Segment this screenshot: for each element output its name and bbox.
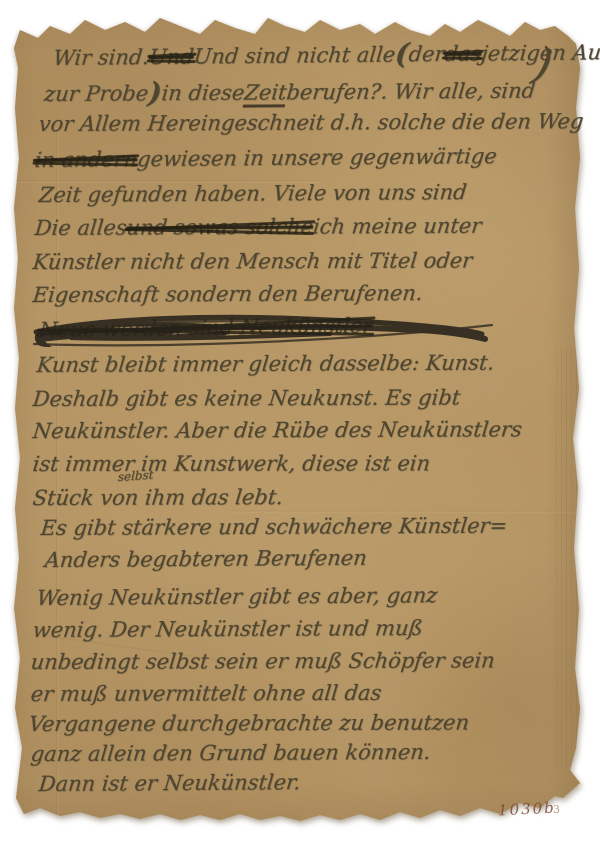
struck-segment: das bbox=[443, 42, 482, 66]
handwritten-line: Vergangene durchgebrachte zu benutzen bbox=[28, 710, 471, 736]
handwritten-line: Stück von ihm das lebt. bbox=[32, 485, 285, 510]
handwritten-text-block: Wir sind. Und Und sind nicht alle (der d… bbox=[0, 0, 600, 843]
handwritten-line: vor Allem Hereingeschneit d.h. solche di… bbox=[38, 109, 585, 136]
text-segment: wenig. Der Neukünstler ist und muß bbox=[32, 616, 424, 642]
text-segment: Dann ist er Neukünstler. bbox=[38, 770, 302, 796]
text-segment: unbedingt selbst sein er muß Schöpfer se… bbox=[30, 648, 496, 674]
handwritten-line: Eigenschaft sondern den Berufenen. bbox=[32, 281, 424, 307]
text-segment: Zeit gefunden haben. Viele von uns sind bbox=[38, 180, 468, 207]
struck-segment: in andern bbox=[34, 147, 139, 172]
text-segment: vor Allem Hereingeschneit d.h. solche di… bbox=[38, 109, 585, 136]
text-segment: der bbox=[408, 42, 446, 66]
handwritten-line: Künstler nicht den Mensch mit Titel oder bbox=[32, 248, 474, 274]
text-segment: ich meine unter bbox=[312, 214, 483, 239]
handwritten-line: in andern gewiesen in unsere gegenwärtig… bbox=[34, 144, 498, 172]
text-segment: Wir sind. bbox=[52, 45, 150, 70]
text-segment: in diese bbox=[160, 81, 245, 106]
text-segment: ganz allein den Grund bauen können. bbox=[30, 740, 432, 766]
faint-page-mark: 3 bbox=[553, 803, 560, 816]
text-segment: selbst bbox=[118, 468, 154, 485]
handwritten-line: ist immer im Kunstwerk, diese ist ein bbox=[32, 451, 432, 476]
underlined-segment: Zeit bbox=[243, 80, 288, 107]
text-segment: Und sind nicht alle bbox=[193, 42, 397, 68]
text-segment: gewiesen in unsere gegenwärtige bbox=[136, 144, 498, 171]
text-segment: Vergangene durchgebrachte zu benutzen bbox=[28, 710, 471, 736]
text-segment: zur Probe bbox=[43, 81, 149, 106]
text-segment: Kunst bleibt immer gleich dasselbe: Kuns… bbox=[36, 351, 496, 377]
text-segment: Stück von ihm das lebt. bbox=[32, 485, 285, 510]
text-segment: berufen?. Wir alle, sind bbox=[285, 79, 536, 105]
text-segment: Anders begabteren Berufenen bbox=[44, 546, 368, 572]
catalog-number: 1030b bbox=[498, 799, 557, 820]
handwritten-line: er muß unvermittelt ohne all das bbox=[30, 681, 383, 706]
handwritten-line: Kunst bleibt immer gleich dasselbe: Kuns… bbox=[36, 351, 496, 377]
text-segment: Künstler nicht den Mensch mit Titel oder bbox=[32, 248, 474, 274]
text-segment: Eigenschaft sondern den Berufenen. bbox=[32, 281, 424, 307]
handwritten-line: Die alles und sowas solche ich meine unt… bbox=[34, 214, 483, 240]
text-segment: Es gibt stärkere und schwächere Künstler… bbox=[40, 514, 509, 540]
scan-background: Wir sind. Und Und sind nicht alle (der d… bbox=[0, 0, 600, 843]
handwritten-line: Wenig Neukünstler gibt es aber, ganz bbox=[36, 583, 439, 610]
handwritten-line: Neukünstler. Aber die Rübe des Neukünstl… bbox=[32, 417, 523, 443]
text-segment: Die alles bbox=[34, 216, 128, 240]
text-segment: ist immer im Kunstwerk, diese ist ein bbox=[32, 451, 432, 476]
handwritten-line: selbst bbox=[118, 468, 154, 485]
handwritten-line: wenig. Der Neukünstler ist und muß bbox=[32, 616, 424, 642]
handwritten-line: Deshalb gibt es keine Neukunst. Es gibt bbox=[32, 386, 462, 412]
handwritten-line: Anders begabteren Berufenen bbox=[44, 546, 368, 572]
struck-segment: Neue werden sind Neukünstler bbox=[38, 313, 374, 342]
handwritten-line: unbedingt selbst sein er muß Schöpfer se… bbox=[30, 648, 496, 674]
text-segment: Neukünstler. Aber die Rübe des Neukünstl… bbox=[32, 417, 523, 443]
handwritten-line: zur Probe) in diese Zeit berufen?. Wir a… bbox=[43, 73, 537, 110]
handwritten-line: Es gibt stärkere und schwächere Künstler… bbox=[40, 514, 509, 540]
struck-segment: Und bbox=[148, 45, 195, 69]
handwritten-line: Wir sind. Und Und sind nicht alle (der d… bbox=[52, 33, 600, 74]
struck-segment: und sowas solche bbox=[125, 215, 314, 240]
text-segment: Deshalb gibt es keine Neukunst. Es gibt bbox=[32, 386, 462, 412]
handwritten-line: Dann ist er Neukünstler. bbox=[38, 770, 302, 796]
handwritten-line: Neue werden sind Neukünstler bbox=[38, 313, 374, 342]
handwritten-line: ganz allein den Grund bauen können. bbox=[30, 740, 432, 766]
handwritten-line: Zeit gefunden haben. Viele von uns sind bbox=[38, 180, 468, 207]
text-segment: er muß unvermittelt ohne all das bbox=[30, 681, 383, 706]
text-segment: Wenig Neukünstler gibt es aber, ganz bbox=[36, 583, 439, 610]
